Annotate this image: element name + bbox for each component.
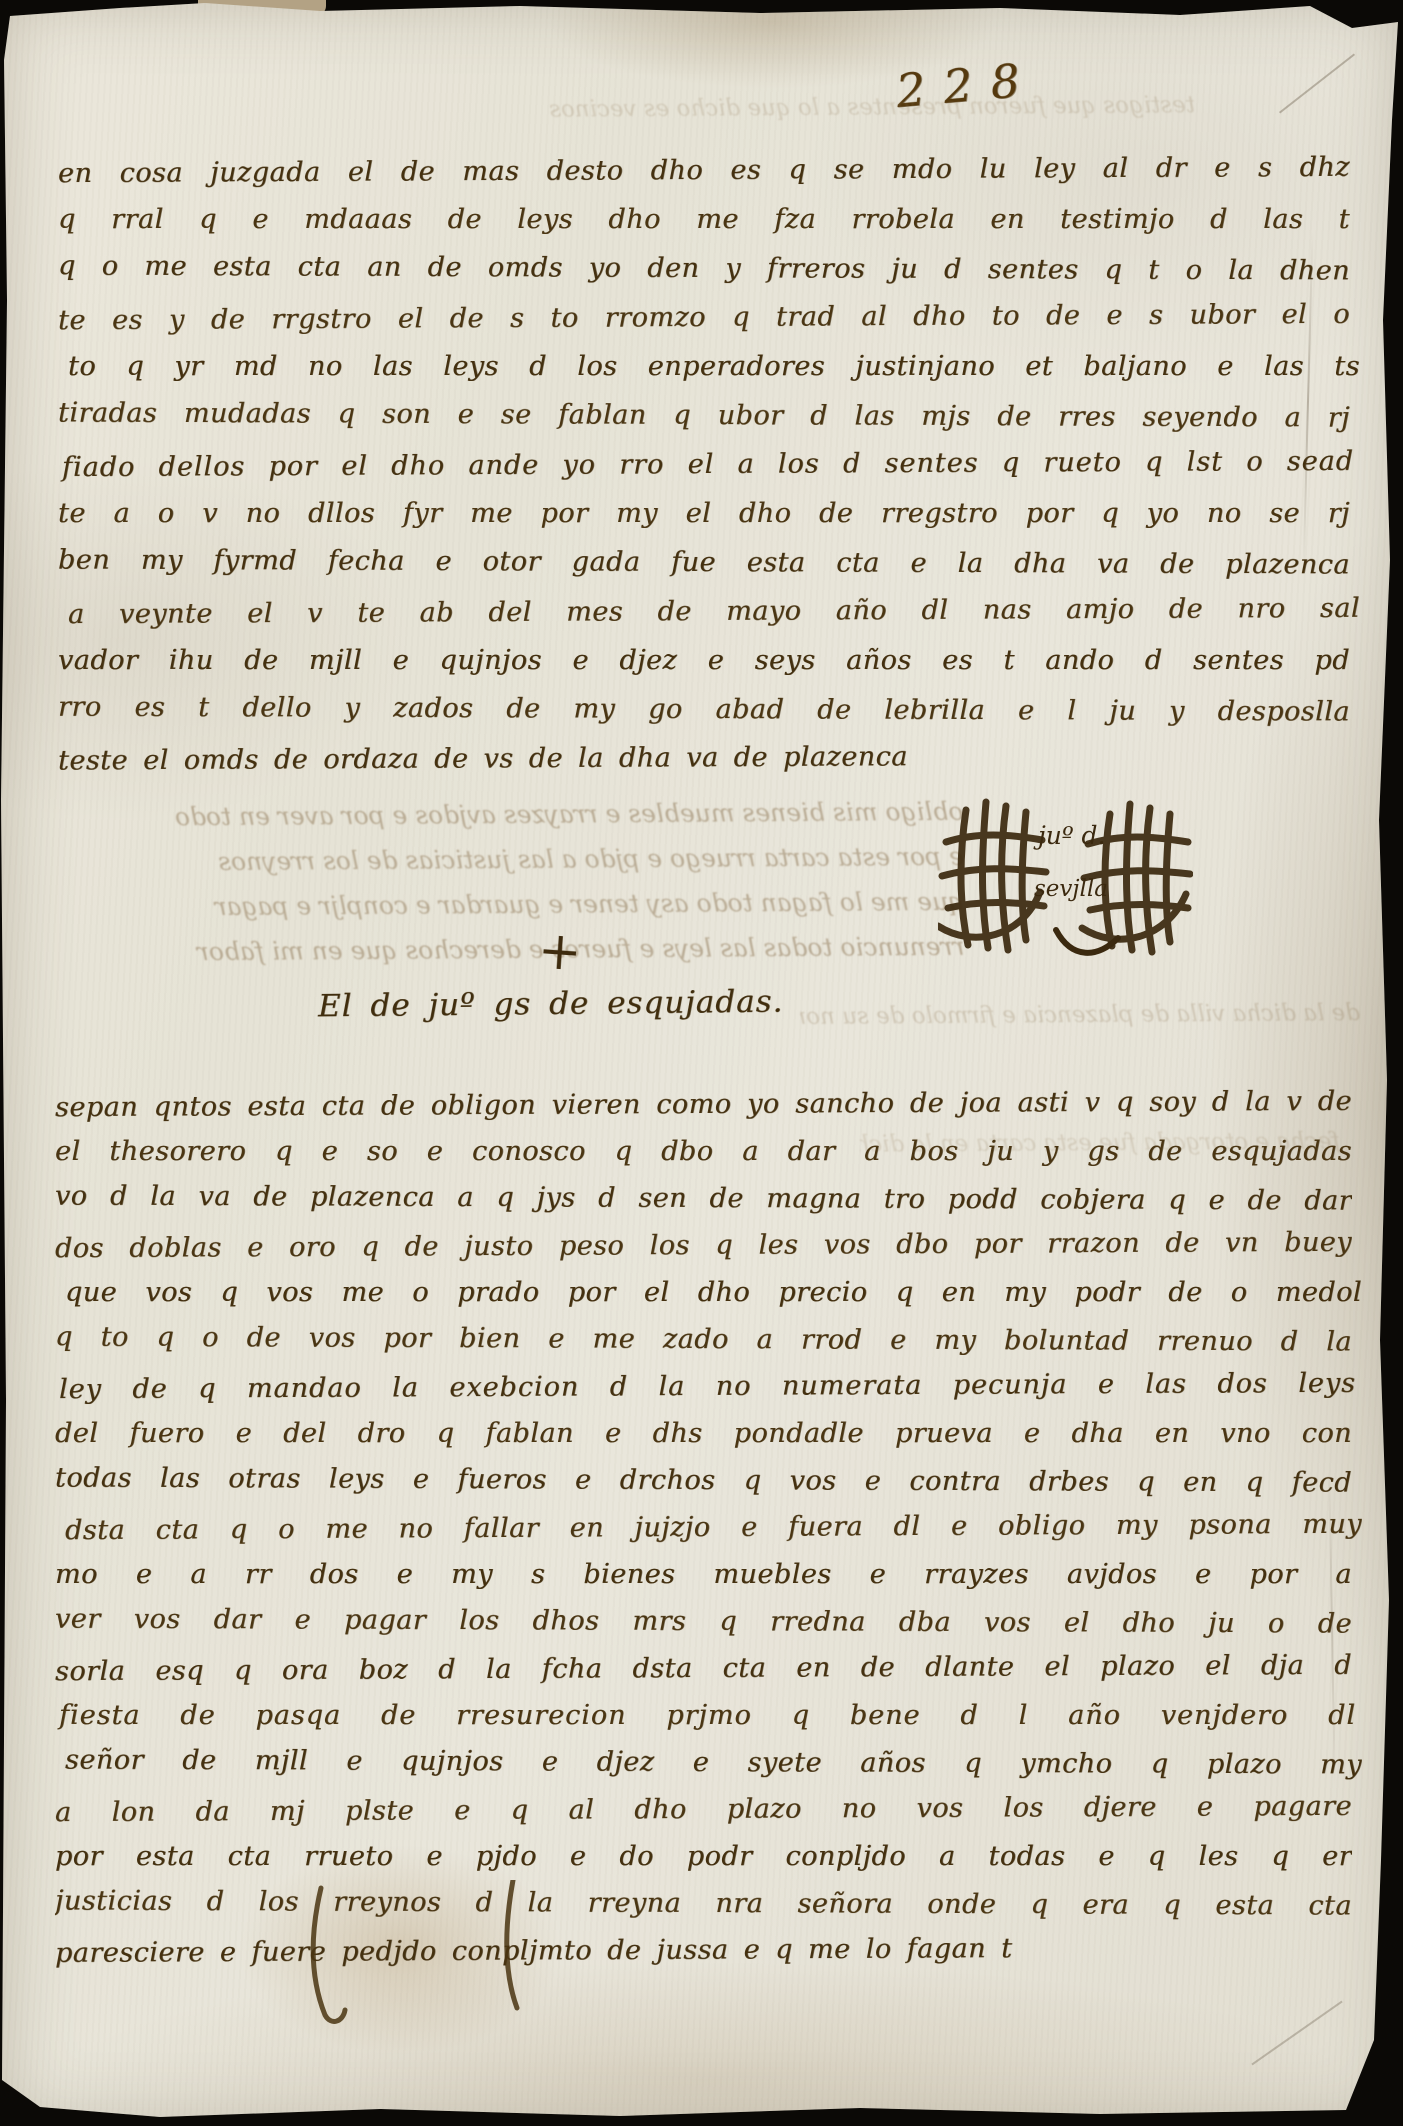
manuscript-line: vo d la va de plazenca a q jys d sen de … (55, 1173, 1352, 1225)
manuscript-line: todas las otras leys e fueros e drchos q… (55, 1455, 1352, 1507)
manuscript-line: q rral q e mdaaas de leys dho me fza rro… (58, 195, 1350, 244)
manuscript-line: ver vos dar e pagar los dhos mrs q rredn… (55, 1596, 1352, 1648)
manuscript-line: vador ihu de mjll e qujnjos e djez e sey… (58, 636, 1350, 685)
folio-number: 228 (894, 52, 1040, 118)
show-through-text: obligo mis bienes muebles e rrayzes avjd… (51, 789, 964, 975)
manuscript-line: mo e a rr dos e my s bienes muebles e rr… (55, 1551, 1352, 1598)
section-heading: El de juº gs de esqujadas. (318, 984, 788, 1025)
signature-name-line2: sevjlla (1034, 876, 1108, 902)
manuscript-line: a lon da mj plste e q al dho plazo no vo… (55, 1783, 1352, 1836)
manuscript-line: señor de mjll e qujnjos e djez e syete a… (55, 1736, 1362, 1788)
manuscript-line: fiesta de pasqa de rresurecion prjmo q b… (55, 1692, 1356, 1739)
manuscript-line: q o me esta cta an de omds yo den y frre… (58, 242, 1350, 296)
descender-swashes (255, 1880, 675, 2030)
manuscript-line: ley de q mandao la exebcion d la no nume… (55, 1360, 1356, 1413)
manuscript-line: sepan qntos esta cta de obligon vieren c… (55, 1078, 1352, 1131)
manuscript-page: 228 testigos que fueron presentes a lo q… (0, 0, 1403, 2126)
manuscript-line: to q yr md no las leys d los enperadores… (58, 342, 1360, 391)
text-block-provision: en cosa juzgada el de mas desto dho es q… (58, 146, 1350, 783)
manuscript-line: dos doblas e oro q de justo peso los q l… (55, 1219, 1352, 1272)
manuscript-line: te es y de rrgstro el de s to rromzo q t… (58, 290, 1350, 345)
cross-mark: + (536, 921, 584, 984)
manuscript-line: justicias d los rreynos d la rreyna nra … (55, 1878, 1352, 1930)
text-block-obligation: sepan qntos esta cta de obligon vieren c… (55, 1081, 1352, 1974)
manuscript-line: sorla esq q ora boz d la fcha dsta cta e… (55, 1642, 1352, 1695)
manuscript-line: del fuero e del dro q fablan e dhs ponda… (55, 1410, 1352, 1457)
manuscript-line: fiado dellos por el dho ande yo rro el a… (58, 437, 1354, 492)
paper-crease (1251, 2001, 1342, 2066)
manuscript-line: teste el omds de ordaza de vs de la dha … (58, 732, 1066, 786)
manuscript-line: tiradas mudadas q son e se fablan q ubor… (58, 389, 1350, 443)
manuscript-line: a veynte el v te ab del mes de mayo año … (58, 584, 1360, 639)
manuscript-line: por esta cta rrueto e pjdo e do podr con… (55, 1833, 1352, 1880)
manuscript-line: q to q o de vos por bien e me zado a rro… (55, 1314, 1352, 1366)
manuscript-line: el thesorero q e so e conosco q dbo a da… (55, 1128, 1352, 1175)
signature-hatch-left (938, 802, 1046, 950)
show-through-text: de la dicha villa de plazencia e firmolo… (800, 1000, 1360, 1030)
notary-signature-rubric: juº d. sevjlla (938, 780, 1193, 970)
manuscript-line: que vos q vos me o prado por el dho prec… (55, 1269, 1362, 1316)
manuscript-line: ben my fyrmd fecha e otor gada fue esta … (58, 536, 1350, 590)
manuscript-line: dsta cta q o me no fallar en jujzjo e fu… (55, 1501, 1362, 1554)
manuscript-line: en cosa juzgada el de mas desto dho es q… (58, 143, 1350, 198)
manuscript-line: te a o v no dllos fyr me por my el dho d… (58, 489, 1350, 538)
signature-name-line1: juº d. (1033, 821, 1106, 850)
paper-crease (1279, 53, 1355, 113)
manuscript-scan: 228 testigos que fueron presentes a lo q… (0, 0, 1403, 2126)
manuscript-line: rro es t dello y zados de my go abad de … (58, 683, 1350, 737)
